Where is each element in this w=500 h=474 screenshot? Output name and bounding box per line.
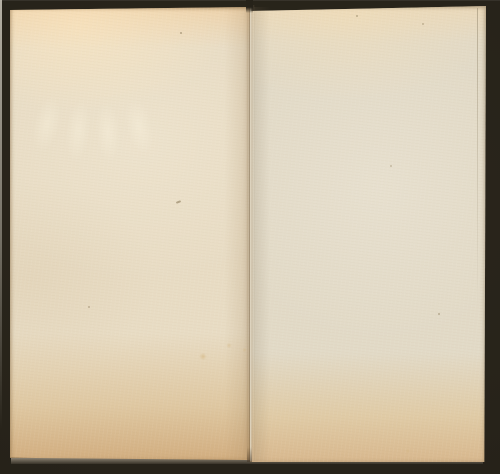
scanner-edge-highlight	[0, 0, 2, 430]
gutter-notch-top	[246, 0, 253, 13]
gutter-shadow-left	[224, 7, 248, 459]
page-stack-right-edge	[477, 8, 478, 308]
book-scan	[0, 0, 500, 474]
left-page	[10, 7, 250, 460]
gutter-notch-bottom	[247, 447, 252, 462]
gutter-shadow-right	[254, 7, 270, 461]
right-page	[250, 6, 486, 462]
